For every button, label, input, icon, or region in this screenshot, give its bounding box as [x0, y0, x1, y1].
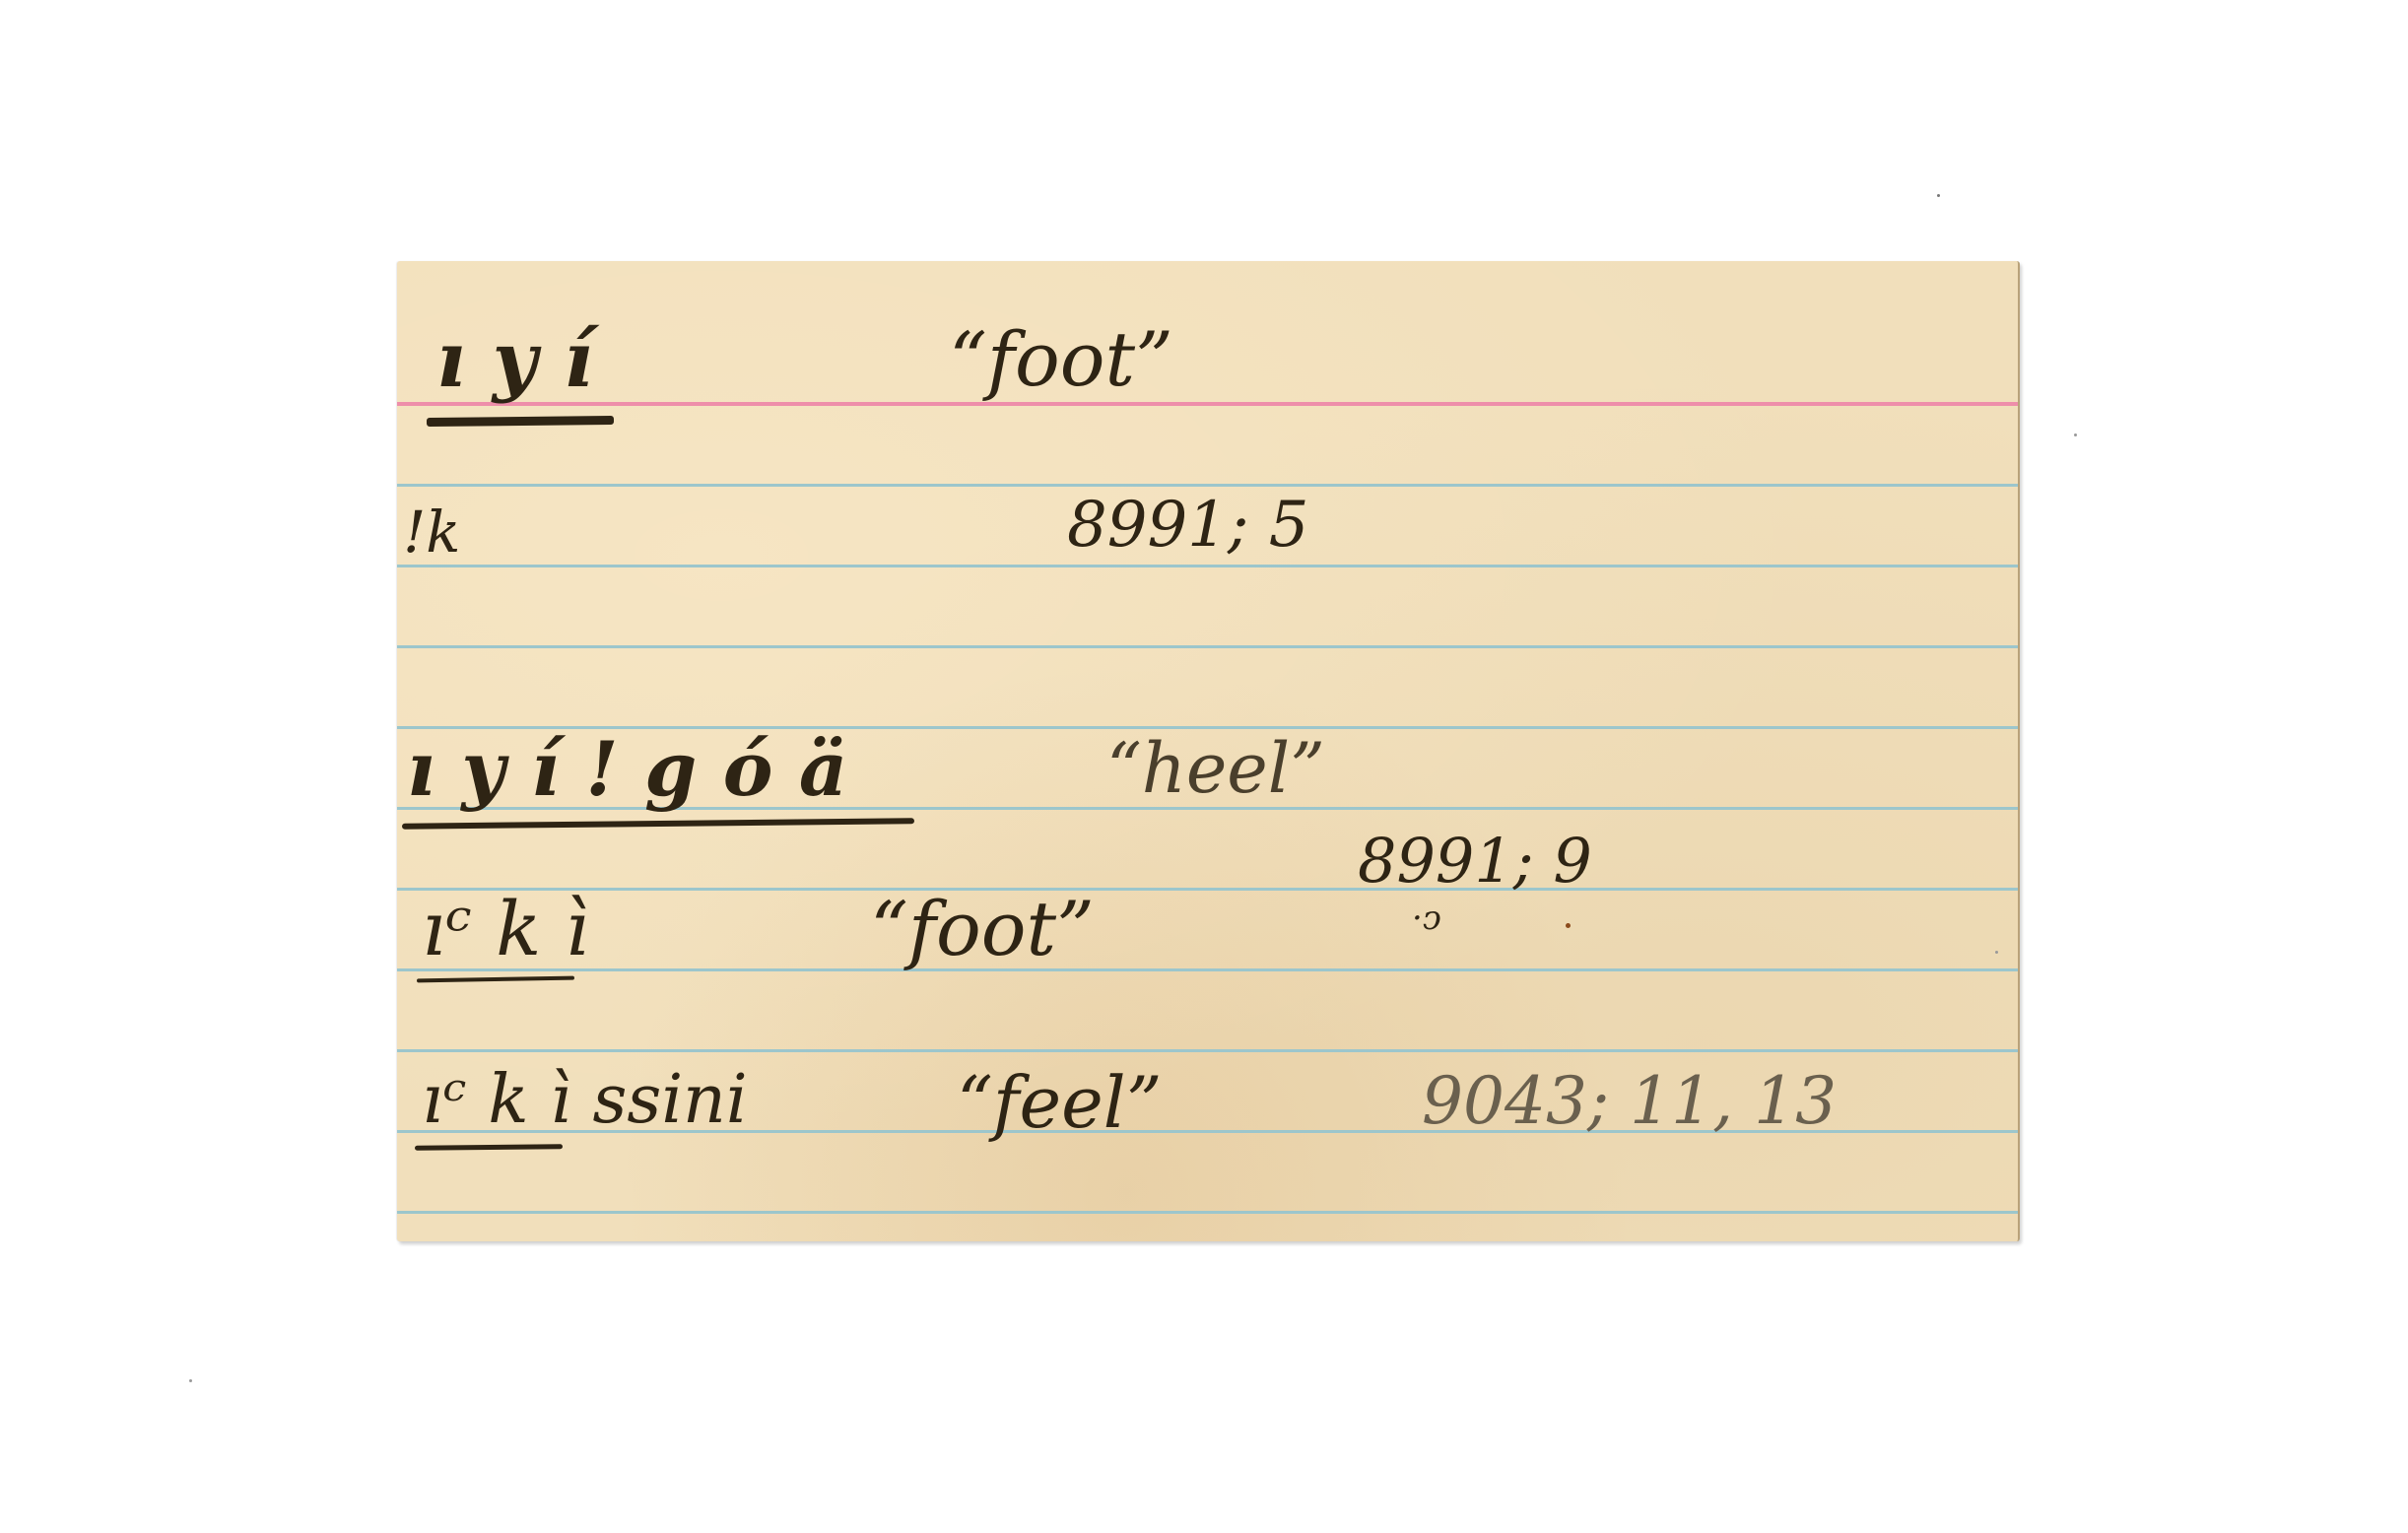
entry-2-gloss: “heel” [1106, 734, 1325, 803]
entry-2-underline [402, 818, 914, 829]
dust-speck [1995, 951, 1998, 954]
entry-4-gloss: “feel” [957, 1067, 1163, 1138]
ink-speck [1566, 923, 1571, 928]
entry-3-gloss: “foot” [870, 892, 1095, 966]
entry-1-underline [427, 416, 614, 427]
header-rule [397, 402, 2018, 406]
dust-speck [1937, 194, 1940, 197]
entry-4-underline [415, 1144, 563, 1151]
entry-1-headword: ı y í [436, 322, 593, 399]
ruled-line [397, 1049, 2018, 1052]
ruled-line [397, 484, 2018, 487]
entry-1-reference: 8991; 5 [1067, 494, 1309, 557]
entry-4-reference: 9043; 11, 13 [1422, 1069, 1837, 1134]
ruled-line [397, 968, 2018, 971]
ruled-line [397, 645, 2018, 648]
ruled-line [397, 1211, 2018, 1214]
stray-mark: ·ↄ [1412, 901, 1441, 935]
dust-speck [189, 1379, 192, 1382]
entry-4-headword: ıᶜ k ì ssini [422, 1067, 748, 1134]
index-card: ı y í “foot” !k 8991; 5 ı y í ! g ó ä “h… [397, 261, 2020, 1241]
entry-1-gloss: “foot” [949, 322, 1173, 397]
entry-3-headword: ıᶜ k ì [422, 892, 589, 966]
entry-2-headword: ı y í ! g ó ä [407, 732, 847, 807]
entry-3-underline [417, 976, 574, 983]
ruled-line [397, 888, 2018, 891]
ruled-line [397, 565, 2018, 567]
entry-1-source: !k [403, 503, 460, 561]
entry-2-reference: 8991; 9 [1358, 831, 1592, 892]
dust-speck [2074, 433, 2077, 436]
